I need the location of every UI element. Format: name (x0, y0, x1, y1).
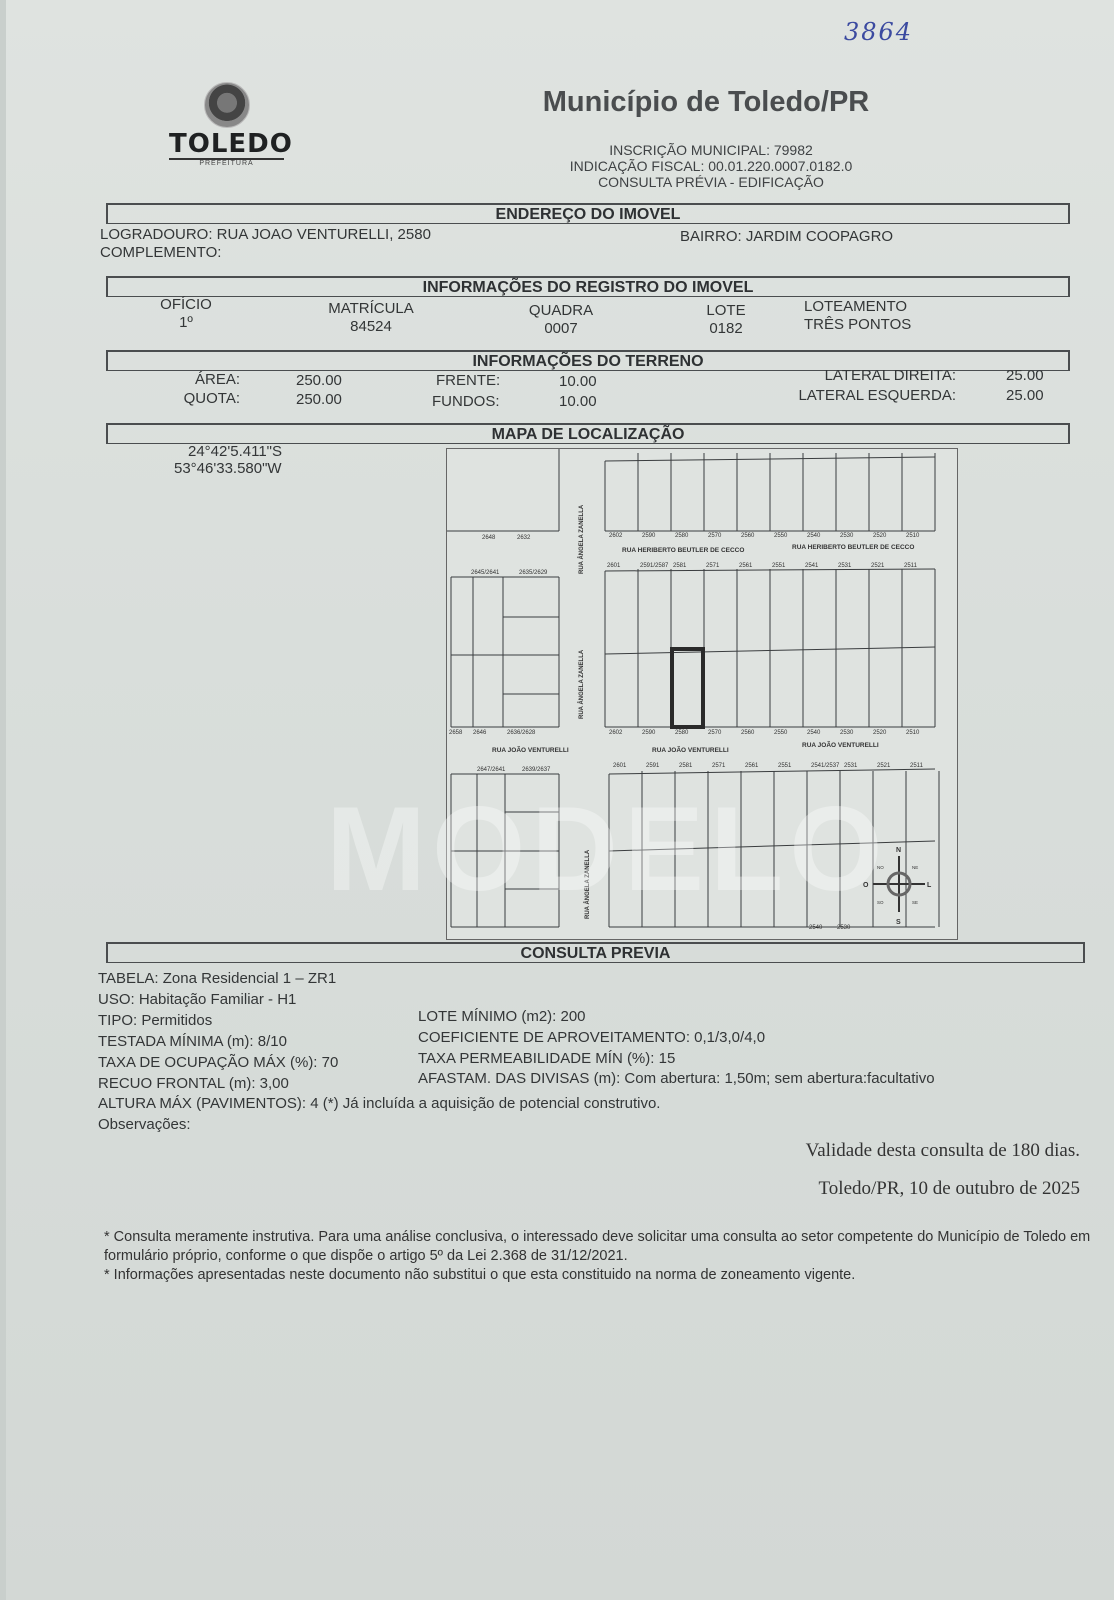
svg-text:2581: 2581 (679, 763, 693, 769)
section-mapa-heading: MAPA DE LOCALIZAÇÃO (106, 423, 1070, 444)
document-page: 3864 TOLEDO PREFEITURA Município de Tole… (6, 0, 1114, 1600)
svg-text:RUA ÂNGELA ZANELLA: RUA ÂNGELA ZANELLA (578, 504, 585, 574)
svg-text:2591/2587: 2591/2587 (640, 563, 669, 569)
quadra-label: QUADRA (516, 302, 606, 319)
nota-2: * Informações apresentadas neste documen… (104, 1266, 1094, 1285)
svg-text:2602: 2602 (609, 533, 623, 539)
svg-text:2581: 2581 (673, 563, 687, 569)
svg-text:2590: 2590 (642, 730, 656, 736)
lateral-direita-label: LATERAL DIREITA: (786, 367, 956, 384)
testada-minima: TESTADA MÍNIMA (m): 8/10 (98, 1033, 287, 1050)
svg-text:2531: 2531 (838, 563, 852, 569)
svg-text:2550: 2550 (774, 533, 788, 539)
svg-text:2540: 2540 (807, 533, 821, 539)
frente-value: 10.00 (559, 373, 597, 390)
longitude: 53°46'33.580"W (174, 460, 282, 477)
svg-text:2541/2537: 2541/2537 (811, 763, 840, 769)
svg-text:2551: 2551 (772, 563, 786, 569)
svg-text:2570: 2570 (708, 533, 722, 539)
quota-value: 250.00 (296, 391, 342, 408)
svg-text:2530: 2530 (840, 533, 854, 539)
latitude: 24°42'5.411"S (188, 443, 282, 460)
svg-text:2551: 2551 (778, 763, 792, 769)
lateral-esquerda-value: 25.00 (1006, 387, 1044, 404)
frente-label: FRENTE: (436, 372, 500, 389)
complemento: COMPLEMENTO: (100, 244, 221, 261)
logo-subtitle: PREFEITURA (169, 160, 284, 167)
loteamento-label: LOTEAMENTO (804, 298, 907, 315)
observacoes-label: Observações: (98, 1116, 191, 1133)
afastamento-divisas: AFASTAM. DAS DIVISAS (m): Com abertura: … (418, 1070, 935, 1087)
bairro: BAIRRO: JARDIM COOPAGRO (680, 228, 893, 245)
toledo-logo: TOLEDO PREFEITURA (169, 82, 284, 167)
svg-text:N: N (896, 847, 901, 854)
lote-value: 0182 (696, 320, 756, 337)
taxa-permeabilidade: TAXA PERMEABILIDADE MÍN (%): 15 (418, 1050, 675, 1067)
svg-text:2540: 2540 (807, 730, 821, 736)
svg-text:RUA HERIBERTO BEUTLER DE CECCO: RUA HERIBERTO BEUTLER DE CECCO (792, 544, 914, 551)
header-meta: INSCRIÇÃO MUNICIPAL: 79982 INDICAÇÃO FIS… (526, 142, 896, 190)
svg-text:NE: NE (912, 865, 918, 870)
svg-text:2560: 2560 (741, 533, 755, 539)
svg-text:2658: 2658 (449, 730, 463, 736)
matricula-label: MATRÍCULA (321, 300, 421, 317)
svg-text:L: L (927, 882, 932, 889)
svg-text:2590: 2590 (642, 533, 656, 539)
svg-text:2601: 2601 (613, 763, 627, 769)
svg-text:2636/2628: 2636/2628 (507, 730, 536, 736)
svg-text:2510: 2510 (906, 730, 920, 736)
svg-text:2520: 2520 (873, 730, 887, 736)
local-data: Toledo/PR, 10 de outubro de 2025 (819, 1178, 1080, 1200)
svg-text:2635/2629: 2635/2629 (519, 570, 548, 576)
svg-text:2511: 2511 (910, 763, 924, 769)
quadra-value: 0007 (516, 320, 606, 337)
page-title: Município de Toledo/PR (506, 86, 906, 119)
matricula-value: 84524 (321, 318, 421, 335)
svg-text:S: S (896, 919, 901, 926)
svg-text:SE: SE (912, 900, 918, 905)
svg-text:RUA HERIBERTO BEUTLER DE CECCO: RUA HERIBERTO BEUTLER DE CECCO (622, 547, 744, 554)
lateral-esquerda-label: LATERAL ESQUERDA: (776, 387, 956, 404)
svg-text:RUA JOÃO VENTURELLI: RUA JOÃO VENTURELLI (652, 745, 729, 754)
svg-text:2550: 2550 (774, 730, 788, 736)
svg-text:2591: 2591 (646, 763, 660, 769)
validade: Validade desta consulta de 180 dias. (806, 1140, 1080, 1162)
lote-label: LOTE (696, 302, 756, 319)
svg-text:2647/2641: 2647/2641 (477, 767, 506, 773)
inscricao-municipal: INSCRIÇÃO MUNICIPAL: 79982 (526, 142, 896, 158)
svg-text:2521: 2521 (877, 763, 891, 769)
section-registro-heading: INFORMAÇÕES DO REGISTRO DO IMOVEL (106, 276, 1070, 297)
svg-text:2511: 2511 (904, 563, 918, 569)
svg-text:2510: 2510 (906, 533, 920, 539)
quota-label: QUOTA: (176, 390, 240, 407)
coat-of-arms-icon (204, 82, 250, 128)
uso: USO: Habitação Familiar - H1 (98, 991, 296, 1008)
area-value: 250.00 (296, 372, 342, 389)
lateral-direita-value: 25.00 (1006, 367, 1044, 384)
handwritten-number: 3864 (844, 18, 913, 46)
svg-text:2540: 2540 (809, 925, 823, 931)
svg-text:2639/2637: 2639/2637 (522, 767, 551, 773)
svg-text:2571: 2571 (706, 563, 720, 569)
tipo: TIPO: Permitidos (98, 1012, 212, 1029)
svg-text:2601: 2601 (607, 563, 621, 569)
svg-text:2645/2641: 2645/2641 (471, 570, 500, 576)
svg-text:2602: 2602 (609, 730, 623, 736)
watermark: MODELO (326, 780, 889, 918)
coeficiente-aproveitamento: COEFICIENTE DE APROVEITAMENTO: 0,1/3,0/4… (418, 1029, 765, 1046)
svg-text:2561: 2561 (745, 763, 759, 769)
svg-text:2530: 2530 (840, 730, 854, 736)
fundos-label: FUNDOS: (432, 393, 500, 410)
svg-text:2570: 2570 (708, 730, 722, 736)
svg-text:2560: 2560 (741, 730, 755, 736)
tabela: TABELA: Zona Residencial 1 – ZR1 (98, 970, 336, 987)
svg-text:RUA JOÃO VENTURELLI: RUA JOÃO VENTURELLI (802, 740, 879, 749)
lote-minimo: LOTE MÍNIMO (m2): 200 (418, 1008, 586, 1025)
altura-maxima: ALTURA MÁX (PAVIMENTOS): 4 (*) Já incluí… (98, 1095, 660, 1112)
indicacao-fiscal: INDICAÇÃO FISCAL: 00.01.220.0007.0182.0 (526, 158, 896, 174)
svg-text:2531: 2531 (844, 763, 858, 769)
svg-text:2580: 2580 (675, 730, 689, 736)
svg-text:2646: 2646 (473, 730, 487, 736)
loteamento-value: TRÊS PONTOS (804, 316, 911, 333)
document-type: CONSULTA PRÉVIA - EDIFICAÇÃO (526, 174, 896, 190)
svg-text:2530: 2530 (837, 925, 851, 931)
svg-text:RUA ÂNGELA ZANELLA: RUA ÂNGELA ZANELLA (578, 649, 585, 719)
area-label: ÁREA: (176, 371, 240, 388)
svg-text:2648: 2648 (482, 535, 496, 541)
recuo-frontal: RECUO FRONTAL (m): 3,00 (98, 1075, 289, 1092)
logo-name: TOLEDO (169, 130, 284, 160)
svg-text:RUA JOÃO VENTURELLI: RUA JOÃO VENTURELLI (492, 745, 569, 754)
taxa-ocupacao: TAXA DE OCUPAÇÃO MÁX (%): 70 (98, 1054, 338, 1071)
svg-text:2561: 2561 (739, 563, 753, 569)
fundos-value: 10.00 (559, 393, 597, 410)
section-consulta-heading: CONSULTA PREVIA (106, 942, 1085, 963)
oficio-label: OFÍCIO (156, 296, 216, 313)
svg-text:2521: 2521 (871, 563, 885, 569)
svg-text:2520: 2520 (873, 533, 887, 539)
oficio-value: 1º (156, 314, 216, 331)
svg-text:2541: 2541 (805, 563, 819, 569)
svg-text:2571: 2571 (712, 763, 726, 769)
svg-text:2580: 2580 (675, 533, 689, 539)
svg-text:2632: 2632 (517, 535, 531, 541)
nota-1: * Consulta meramente instrutiva. Para um… (104, 1228, 1094, 1266)
logradouro: LOGRADOURO: RUA JOAO VENTURELLI, 2580 (100, 226, 431, 243)
section-endereco-heading: ENDEREÇO DO IMOVEL (106, 203, 1070, 224)
